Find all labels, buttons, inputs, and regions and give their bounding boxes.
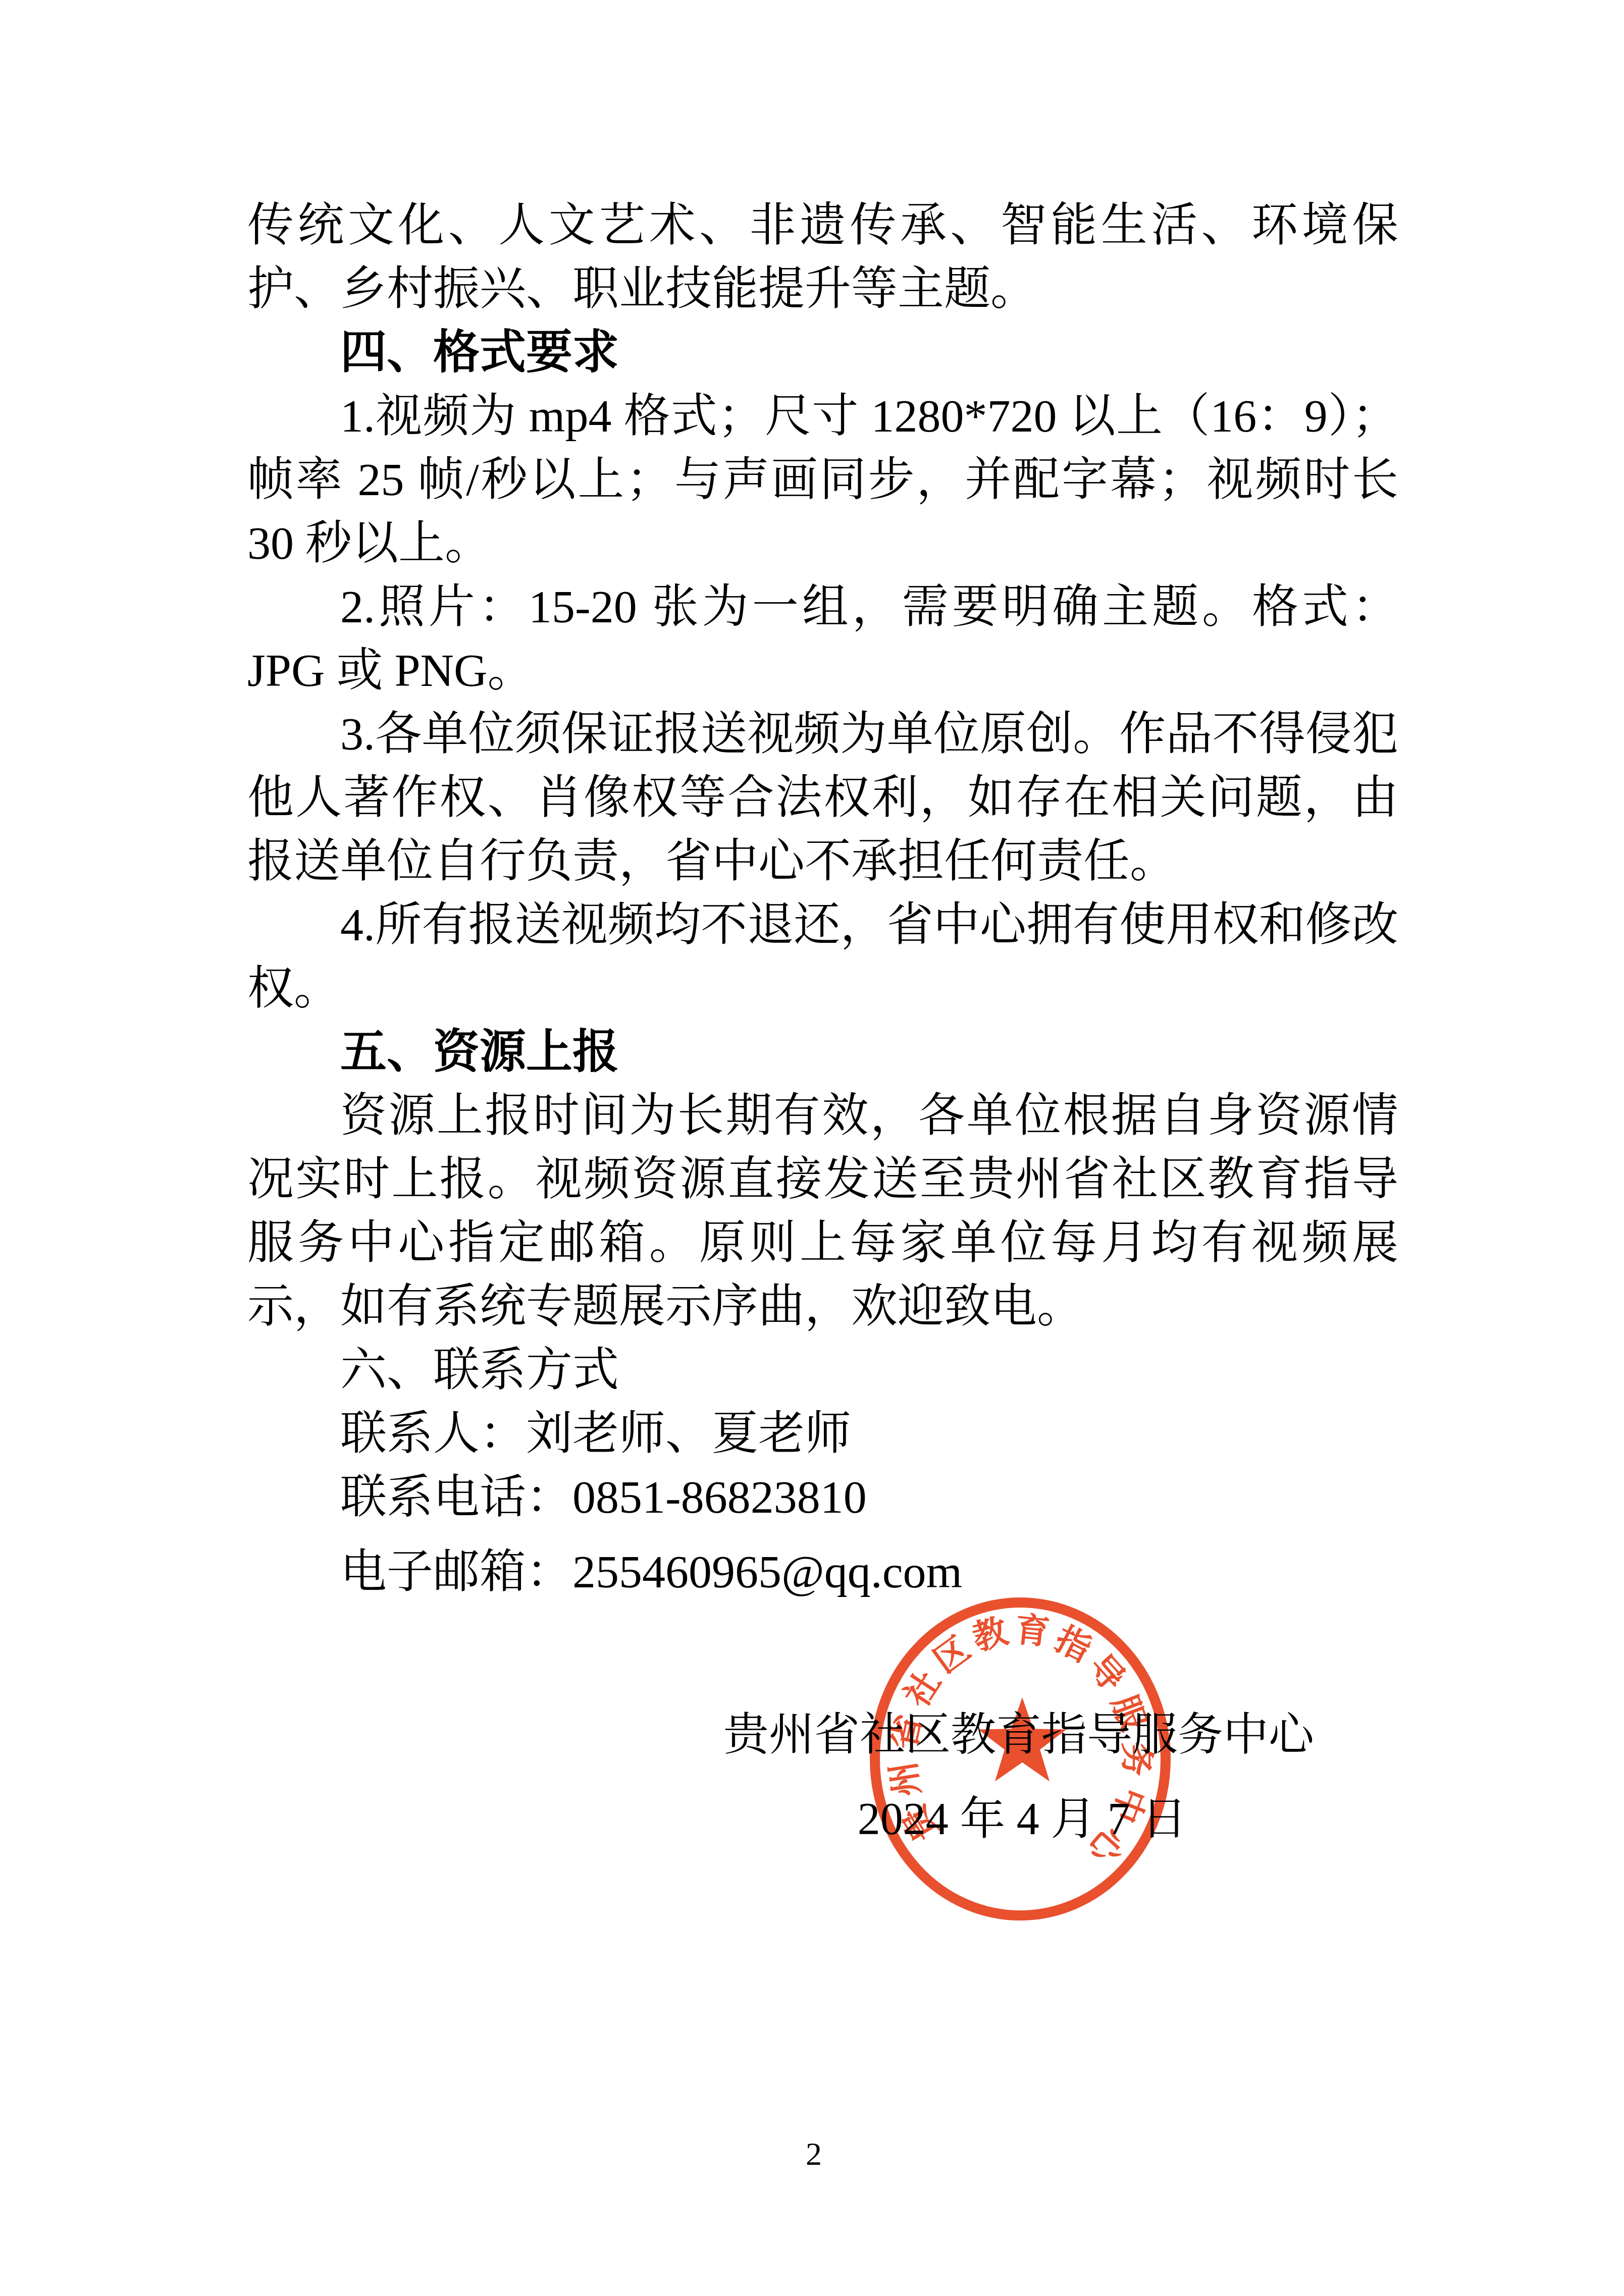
paragraph-4: 2.照片：15-20 张为一组，需要明确主题。格式：JPG 或 PNG。 [247,575,1398,702]
paragraph-5: 3.各单位须保证报送视频为单位原创。作品不得侵犯他人著作权、肖像权等合法权利，如… [247,702,1398,893]
paragraph-6: 4.所有报送视频均不退还，省中心拥有使用权和修改权。 [247,893,1398,1020]
paragraph-12: 电子邮箱：255460965@qq.com [247,1540,1398,1604]
page-number: 2 [806,2134,822,2174]
paragraph-10: 联系人：刘老师、夏老师 [247,1402,1398,1465]
paragraph-2: 四、格式要求 [247,321,1398,384]
seal-char: 育 [1013,1610,1052,1652]
signature-date: 2024 年 4 月 7 日 [858,1788,1187,1851]
paragraph-9: 六、联系方式 [247,1338,1398,1402]
signature-org: 贵州省社区教育指导服务中心 [723,1703,1314,1767]
seal-char: 教 [969,1612,1012,1658]
document-body: 传统文化、人文艺术、非遗传承、智能生活、环境保护、乡村振兴、职业技能提升等主题。… [247,193,1398,1604]
paragraph-11: 联系电话：0851-86823810 [247,1465,1398,1529]
paragraph-3: 1.视频为 mp4 格式；尺寸 1280*720 以上（16：9）；帧率 25 … [247,384,1398,575]
document-page: 传统文化、人文艺术、非遗传承、智能生活、环境保护、乡村振兴、职业技能提升等主题。… [0,0,1624,2296]
paragraph-7: 五、资源上报 [247,1020,1398,1084]
paragraph-8: 资源上报时间为长期有效，各单位根据自身资源情况实时上报。视频资源直接发送至贵州省… [247,1084,1398,1338]
paragraph-1: 传统文化、人文艺术、非遗传承、智能生活、环境保护、乡村振兴、职业技能提升等主题。 [247,193,1398,321]
